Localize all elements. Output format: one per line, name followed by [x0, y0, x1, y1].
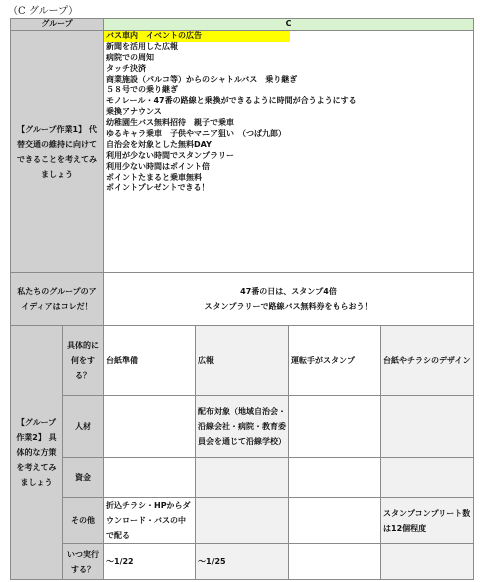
idea-row-content: 47番の日は、スタンプ4倍 スタンプラリーで路線バス無料券をもらおう！ — [104, 273, 474, 326]
document-title: （C グループ） — [8, 2, 78, 17]
idea-item: ゆるキャラ乗車 子供やマニア狙い （つば九郎） — [106, 129, 473, 140]
row-label-staff: 人材 — [63, 396, 104, 458]
idea-item: 利用が少ない時間でスタンプラリー — [106, 151, 473, 162]
cell-funds-1 — [104, 458, 196, 498]
task2-row-other: その他 折込チラシ・HPからダウンロード・バスの中で配る スタンプコンプリート数… — [11, 498, 474, 544]
row-label-what: 具体的に何をする？ — [63, 326, 104, 396]
cell-staff-4 — [381, 396, 474, 458]
cell-what-4: 台紙やチラシのデザイン — [381, 326, 474, 396]
idea-line-2: スタンプラリーで路線バス無料券をもらおう！ — [104, 299, 473, 314]
task1-row: 【グループ作業1】 代替交通の維持に向けてできることを考えてみましょう バス車内… — [11, 31, 474, 273]
cell-staff-3 — [289, 396, 381, 458]
idea-item: バス車内 イベントの広告 — [106, 31, 473, 42]
idea-row: 私たちのグループのアイディアはコレだ！ 47番の日は、スタンプ4倍 スタンプラリ… — [11, 273, 474, 326]
task2-label: 【グループ作業2】 具体的な方策を考えてみましょう — [11, 326, 63, 580]
idea-item: ポイントたまると乗車無料 — [106, 173, 473, 184]
idea-item: タッチ決済 — [106, 64, 473, 75]
worksheet-upper-table: グループ C 【グループ作業1】 代替交通の維持に向けてできることを考えてみまし… — [10, 18, 474, 326]
idea-item: 幼稚園生バス無料招待 親子で乗車 — [106, 118, 473, 129]
task2-row-staff: 人材 配布対象（地域自治会・沿線会社・病院・教育委員会を通じて沿線学校） — [11, 396, 474, 458]
cell-other-3 — [289, 498, 381, 544]
idea-item: ポイントプレゼントできる！ — [106, 183, 473, 194]
idea-item: ５８号での乗り継ぎ — [106, 85, 473, 96]
cell-other-2 — [196, 498, 289, 544]
cell-staff-1 — [104, 396, 196, 458]
idea-item: 自治会を対象とした無料DAY — [106, 140, 473, 151]
task1-idea-list: バス車内 イベントの広告 新聞を活用した広報 病院での周知 タッチ決済 商業施設… — [104, 31, 474, 273]
idea-item: 新聞を活用した広報 — [106, 42, 473, 53]
cell-staff-2: 配布対象（地域自治会・沿線会社・病院・教育委員会を通じて沿線学校） — [196, 396, 289, 458]
cell-when-1: ～1/22 — [104, 544, 196, 580]
row-label-funds: 資金 — [63, 458, 104, 498]
group-label: グループ — [11, 19, 104, 31]
worksheet-lower-table: 【グループ作業2】 具体的な方策を考えてみましょう 具体的に何をする？ 台紙準備… — [10, 325, 474, 580]
cell-other-4: スタンプコンプリート数は12個程度 — [381, 498, 474, 544]
row-label-other: その他 — [63, 498, 104, 544]
cell-what-1: 台紙準備 — [104, 326, 196, 396]
row-label-when: いつ実行する？ — [63, 544, 104, 580]
group-header-row: グループ C — [11, 19, 474, 31]
cell-when-2: ～1/25 — [196, 544, 289, 580]
cell-when-4 — [381, 544, 474, 580]
idea-item: 病院での周知 — [106, 53, 473, 64]
cell-what-3: 運転手がスタンプ — [289, 326, 381, 396]
idea-line-1: 47番の日は、スタンプ4倍 — [104, 284, 473, 299]
cell-what-2: 広報 — [196, 326, 289, 396]
cell-when-3 — [289, 544, 381, 580]
idea-item: モノレール・47番の路線と乗換ができるように時間が合うようにする — [106, 96, 473, 107]
idea-item-highlighted: バス車内 イベントの広告 — [104, 31, 290, 42]
cell-funds-3 — [289, 458, 381, 498]
idea-item: 乗換アナウンス — [106, 107, 473, 118]
idea-item: 利用少ない時間はポイント倍 — [106, 162, 473, 173]
task2-row-funds: 資金 — [11, 458, 474, 498]
idea-row-label: 私たちのグループのアイディアはコレだ！ — [11, 273, 104, 326]
idea-item: 商業施設（パルコ等）からのシャトルバス 乗り継ぎ — [106, 75, 473, 86]
task1-label: 【グループ作業1】 代替交通の維持に向けてできることを考えてみましょう — [11, 31, 104, 273]
cell-other-1: 折込チラシ・HPからダウンロード・バスの中で配る — [104, 498, 196, 544]
cell-funds-2 — [196, 458, 289, 498]
task2-row-what: 【グループ作業2】 具体的な方策を考えてみましょう 具体的に何をする？ 台紙準備… — [11, 326, 474, 396]
group-value: C — [104, 19, 474, 31]
task2-row-when: いつ実行する？ ～1/22 ～1/25 — [11, 544, 474, 580]
cell-funds-4 — [381, 458, 474, 498]
